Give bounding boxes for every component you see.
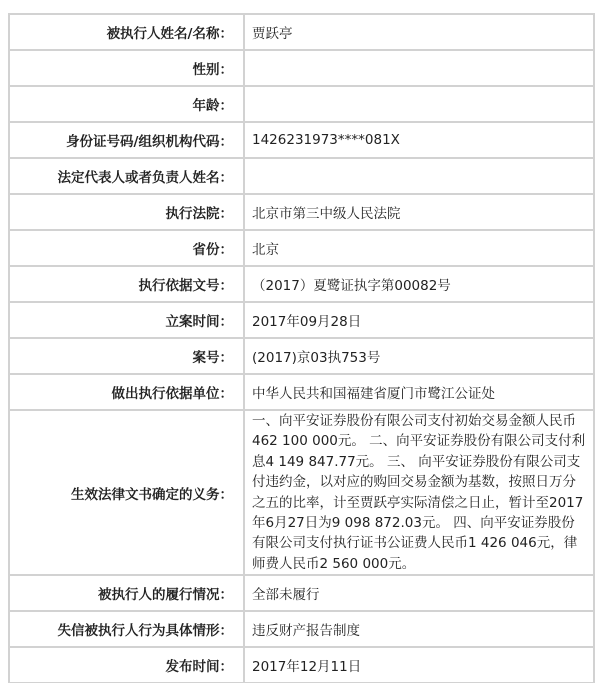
label-id-number: 身份证号码/组织机构代码： <box>9 122 244 158</box>
row-performance-status: 被执行人的履行情况： 全部未履行 <box>9 575 594 611</box>
dishonest-debtor-record-table: 被执行人姓名/名称： 贾跃亭 性别： 年龄： 身份证号码/组织机构代码： 142… <box>8 13 595 683</box>
label-obligations: 生效法律文书确定的义务： <box>9 410 244 575</box>
label-age: 年龄： <box>9 86 244 122</box>
label-case-number: 案号： <box>9 338 244 374</box>
row-basis-issuing-unit: 做出执行依据单位： 中华人民共和国福建省厦门市鹭江公证处 <box>9 374 594 410</box>
label-filing-date: 立案时间： <box>9 302 244 338</box>
label-executing-court: 执行法院： <box>9 194 244 230</box>
label-basis-document-number: 执行依据文号： <box>9 266 244 302</box>
value-publish-date: 2017年12月11日 <box>244 647 594 683</box>
row-basis-document-number: 执行依据文号： （2017）夏鹭证执字第00082号 <box>9 266 594 302</box>
value-gender <box>244 50 594 86</box>
label-legal-representative: 法定代表人或者负责人姓名： <box>9 158 244 194</box>
row-age: 年龄： <box>9 86 594 122</box>
label-name: 被执行人姓名/名称： <box>9 14 244 50</box>
label-publish-date: 发布时间： <box>9 647 244 683</box>
value-dishonest-behavior: 违反财产报告制度 <box>244 611 594 647</box>
value-province: 北京 <box>244 230 594 266</box>
value-case-number: (2017)京03执753号 <box>244 338 594 374</box>
row-executing-court: 执行法院： 北京市第三中级人民法院 <box>9 194 594 230</box>
value-name: 贾跃亭 <box>244 14 594 50</box>
label-gender: 性别： <box>9 50 244 86</box>
value-basis-document-number: （2017）夏鹭证执字第00082号 <box>244 266 594 302</box>
row-name: 被执行人姓名/名称： 贾跃亭 <box>9 14 594 50</box>
label-province: 省份： <box>9 230 244 266</box>
value-filing-date: 2017年09月28日 <box>244 302 594 338</box>
row-publish-date: 发布时间： 2017年12月11日 <box>9 647 594 683</box>
value-basis-issuing-unit: 中华人民共和国福建省厦门市鹭江公证处 <box>244 374 594 410</box>
value-executing-court: 北京市第三中级人民法院 <box>244 194 594 230</box>
value-age <box>244 86 594 122</box>
row-id-number: 身份证号码/组织机构代码： 1426231973****081X <box>9 122 594 158</box>
label-dishonest-behavior: 失信被执行人行为具体情形： <box>9 611 244 647</box>
label-performance-status: 被执行人的履行情况： <box>9 575 244 611</box>
row-gender: 性别： <box>9 50 594 86</box>
value-obligations: 一、向平安证券股份有限公司支付初始交易金额人民币462 100 000元。 二、… <box>244 410 594 575</box>
value-performance-status: 全部未履行 <box>244 575 594 611</box>
row-legal-representative: 法定代表人或者负责人姓名： <box>9 158 594 194</box>
row-obligations: 生效法律文书确定的义务： 一、向平安证券股份有限公司支付初始交易金额人民币462… <box>9 410 594 575</box>
value-id-number: 1426231973****081X <box>244 122 594 158</box>
row-filing-date: 立案时间： 2017年09月28日 <box>9 302 594 338</box>
row-province: 省份： 北京 <box>9 230 594 266</box>
value-legal-representative <box>244 158 594 194</box>
row-dishonest-behavior: 失信被执行人行为具体情形： 违反财产报告制度 <box>9 611 594 647</box>
label-basis-issuing-unit: 做出执行依据单位： <box>9 374 244 410</box>
row-case-number: 案号： (2017)京03执753号 <box>9 338 594 374</box>
